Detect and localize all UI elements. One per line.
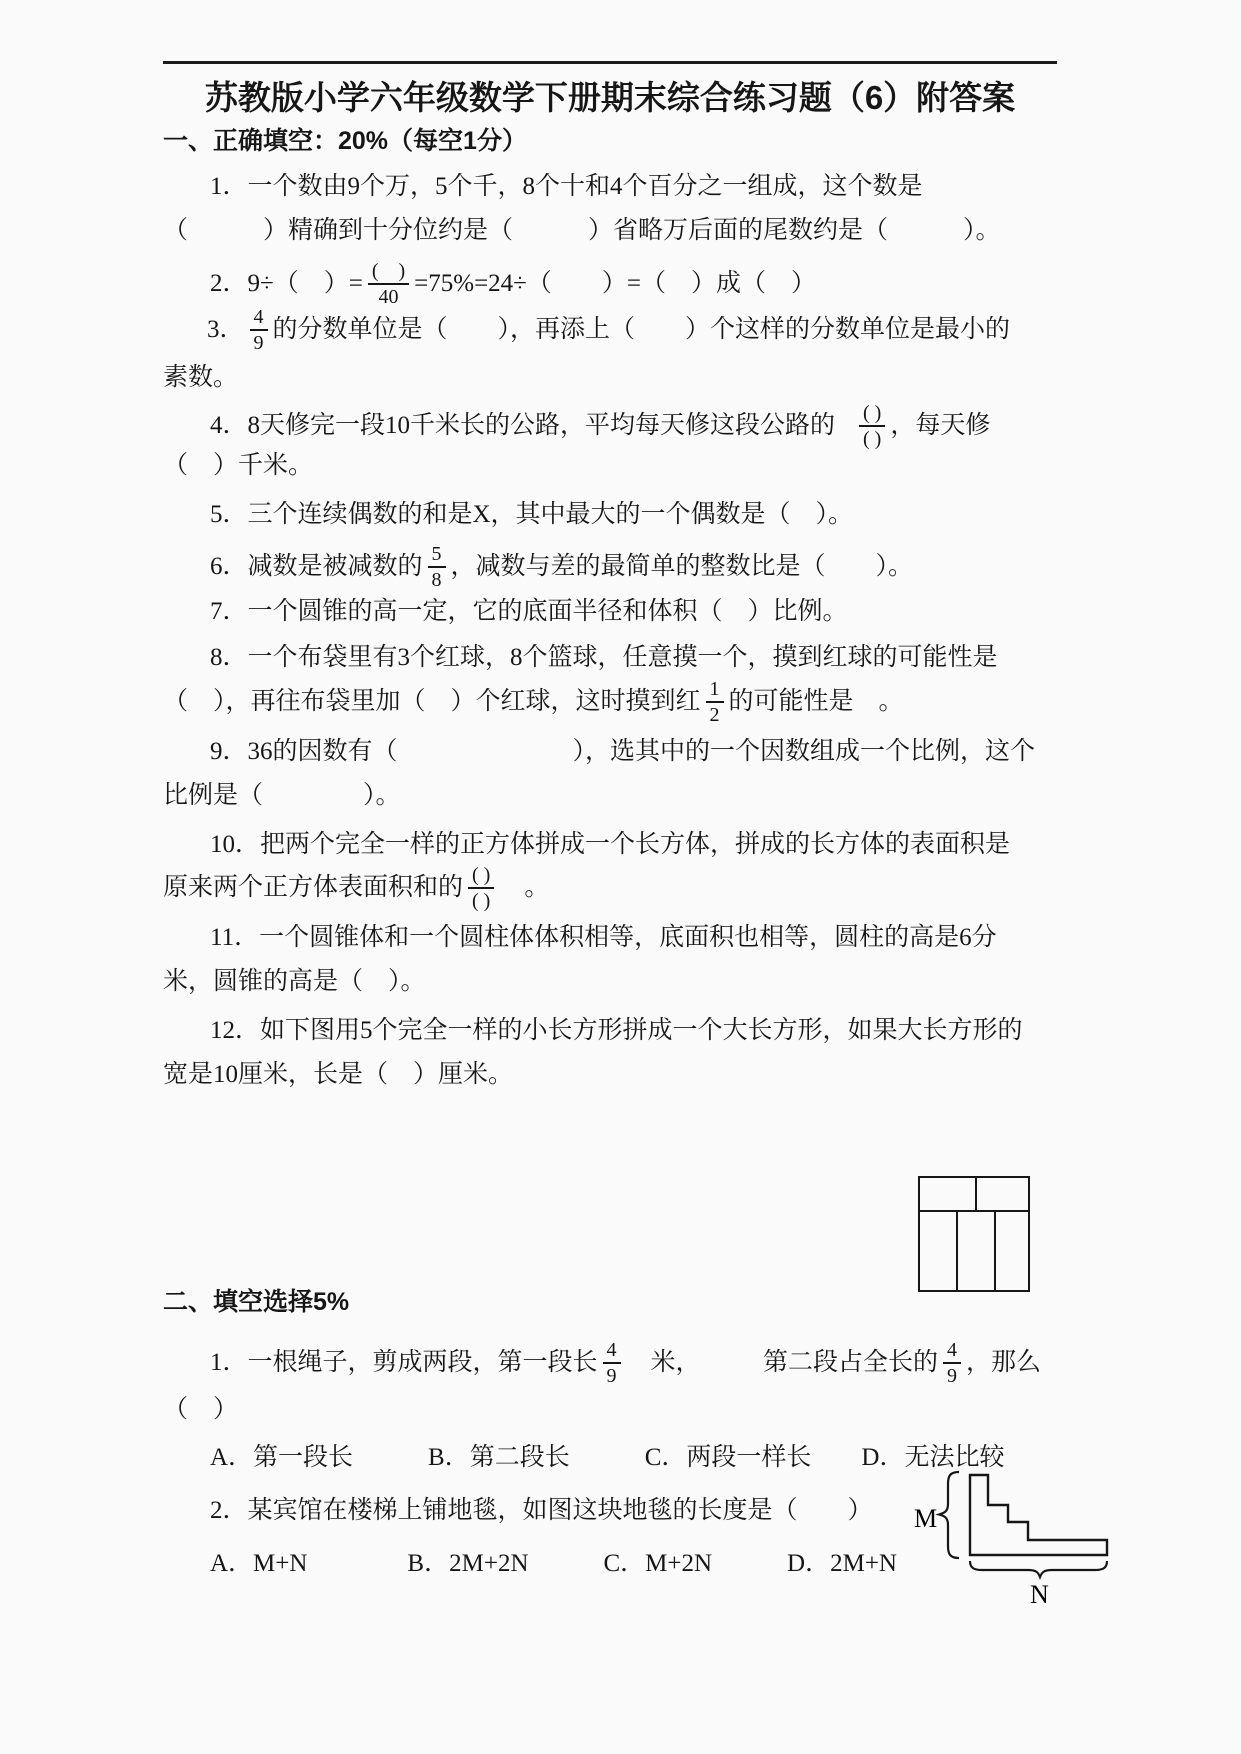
figure-bottom-divider-1: [956, 1212, 958, 1290]
s2-q1-pre: 1．一根绳子，剪成两段，第一段长: [210, 1347, 598, 1378]
question-12-line-1: 12．如下图用5个完全一样的小长方形拼成一个大长方形，如果大长方形的: [210, 1015, 1023, 1046]
question-9-line-2: 比例是（ ）。: [163, 780, 401, 811]
question-6-pre: 6．减数是被减数的: [210, 551, 423, 582]
figure-horizontal-divider: [920, 1210, 1028, 1212]
staircase-outline: [970, 1475, 1107, 1555]
question-12-line-2: 宽是10厘米，长是（ ）厘米。: [163, 1059, 513, 1090]
section2-question-2-line: 2．某宾馆在楼梯上铺地毯，如图这块地毯的长度是（ ）: [210, 1495, 873, 1526]
fraction-blank-over-blank: ( ) ( ): [859, 402, 885, 450]
question-1-line-1: 1．一个数由9个万，5个千，8个十和4个百分之一组成，这个数是: [210, 171, 923, 202]
question-11-line-1: 11．一个圆锥体和一个圆柱体体积相等，底面积也相等，圆柱的高是6分: [210, 922, 997, 953]
question-6-line: 6．减数是被减数的 5 8 ，减数与差的最简单的整数比是（ ）。: [210, 536, 913, 598]
left-brace: [939, 1472, 959, 1558]
section1-heading: 一、正确填空：20%（每空1分）: [163, 126, 527, 157]
question-10-post: 。: [499, 872, 549, 903]
staircase-figure: M N: [912, 1455, 1122, 1620]
rectangles-figure: [918, 1176, 1030, 1292]
fraction-1-over-2: 1 2: [706, 678, 724, 726]
header-rule: [163, 61, 1057, 64]
question-3-pre: 3．: [207, 314, 245, 345]
section2-question-1-options: A．第一段长 B．第二段长 C．两段一样长 D．无法比较: [210, 1442, 1004, 1473]
question-8-post: 的可能性是 。: [729, 686, 904, 717]
question-2-pre: 2．9÷（ ）=: [210, 268, 363, 299]
question-3-line-1: 3． 4 9 的分数单位是（ ），再添上（ ）个这样的分数单位是最小的: [207, 299, 1010, 361]
question-11-line-2: 米，圆锥的高是（ ）。: [163, 966, 426, 997]
page-title: 苏教版小学六年级数学下册期末综合练习题（6）附答案: [163, 72, 1057, 119]
question-4-pre: 4．8天修完一段10千米长的公路，平均每天修这段公路的: [210, 410, 835, 441]
question-6-post: ，减数与差的最简单的整数比是（ ）。: [451, 551, 914, 582]
question-4-post: ，每天修: [890, 410, 990, 441]
fraction-4-over-9-b: 4 9: [943, 1339, 961, 1387]
s2-q1-post: ，那么: [966, 1347, 1041, 1378]
s2-q1-mid: 米， 第二段占全长的: [626, 1347, 939, 1378]
figure-bottom-divider-2: [994, 1212, 996, 1290]
figure-top-divider: [975, 1178, 977, 1210]
fraction-blank-over-blank-2: ( ) ( ): [468, 864, 494, 912]
section2-question-1-line-2: （ ）: [163, 1394, 238, 1425]
question-1-line-2: （ ）精确到十分位约是（ ）省略万后面的尾数约是（ ）。: [163, 215, 1001, 246]
question-7-line: 7．一个圆锥的高一定，它的底面半径和体积（ ）比例。: [210, 596, 848, 627]
label-n: N: [1030, 1580, 1049, 1609]
question-4-line-1: 4．8天修完一段10千米长的公路，平均每天修这段公路的 ( ) ( ) ，每天修: [210, 396, 990, 456]
question-3-post: 的分数单位是（ ），再添上（ ）个这样的分数单位是最小的: [273, 314, 1011, 345]
question-8-line-2: （ ），再往布袋里加（ ）个红球，这时摸到红 1 2 的可能性是 。: [163, 671, 904, 733]
question-8-line-1: 8．一个布袋里有3个红球，8个篮球，任意摸一个，摸到红球的可能性是: [210, 642, 998, 673]
fraction-4-over-9-a: 4 9: [603, 1339, 621, 1387]
section2-heading: 二、填空选择5%: [163, 1287, 349, 1318]
question-4-line-2: （ ）千米。: [163, 450, 313, 481]
worksheet-page: 苏教版小学六年级数学下册期末综合练习题（6）附答案 一、正确填空：20%（每空1…: [0, 0, 1241, 1754]
question-3-line-2: 素数。: [163, 362, 238, 393]
section2-question-2-options: A．M+N B．2M+2N C．M+2N D．2M+N: [210, 1548, 897, 1579]
question-8-pre: （ ），再往布袋里加（ ）个红球，这时摸到红: [163, 686, 701, 717]
fraction-5-over-8: 5 8: [428, 543, 446, 591]
question-10-line-2: 原来两个正方体表面积和的 ( ) ( ) 。: [163, 856, 549, 920]
bottom-brace: [970, 1561, 1107, 1577]
question-5-line: 5．三个连续偶数的和是X，其中最大的一个偶数是（ ）。: [210, 499, 853, 530]
question-10-pre: 原来两个正方体表面积和的: [163, 872, 463, 903]
question-2-post: =75%=24÷（ ）=（ ）成（ ）: [414, 268, 816, 299]
question-9-line-1: 9．36的因数有（ ），选其中的一个因数组成一个比例，这个: [210, 736, 1035, 767]
fraction-4-over-9: 4 9: [250, 306, 268, 354]
label-m: M: [914, 1504, 937, 1533]
section2-question-1-line-1: 1．一根绳子，剪成两段，第一段长 4 9 米， 第二段占全长的 4 9 ，那么: [210, 1332, 1041, 1394]
